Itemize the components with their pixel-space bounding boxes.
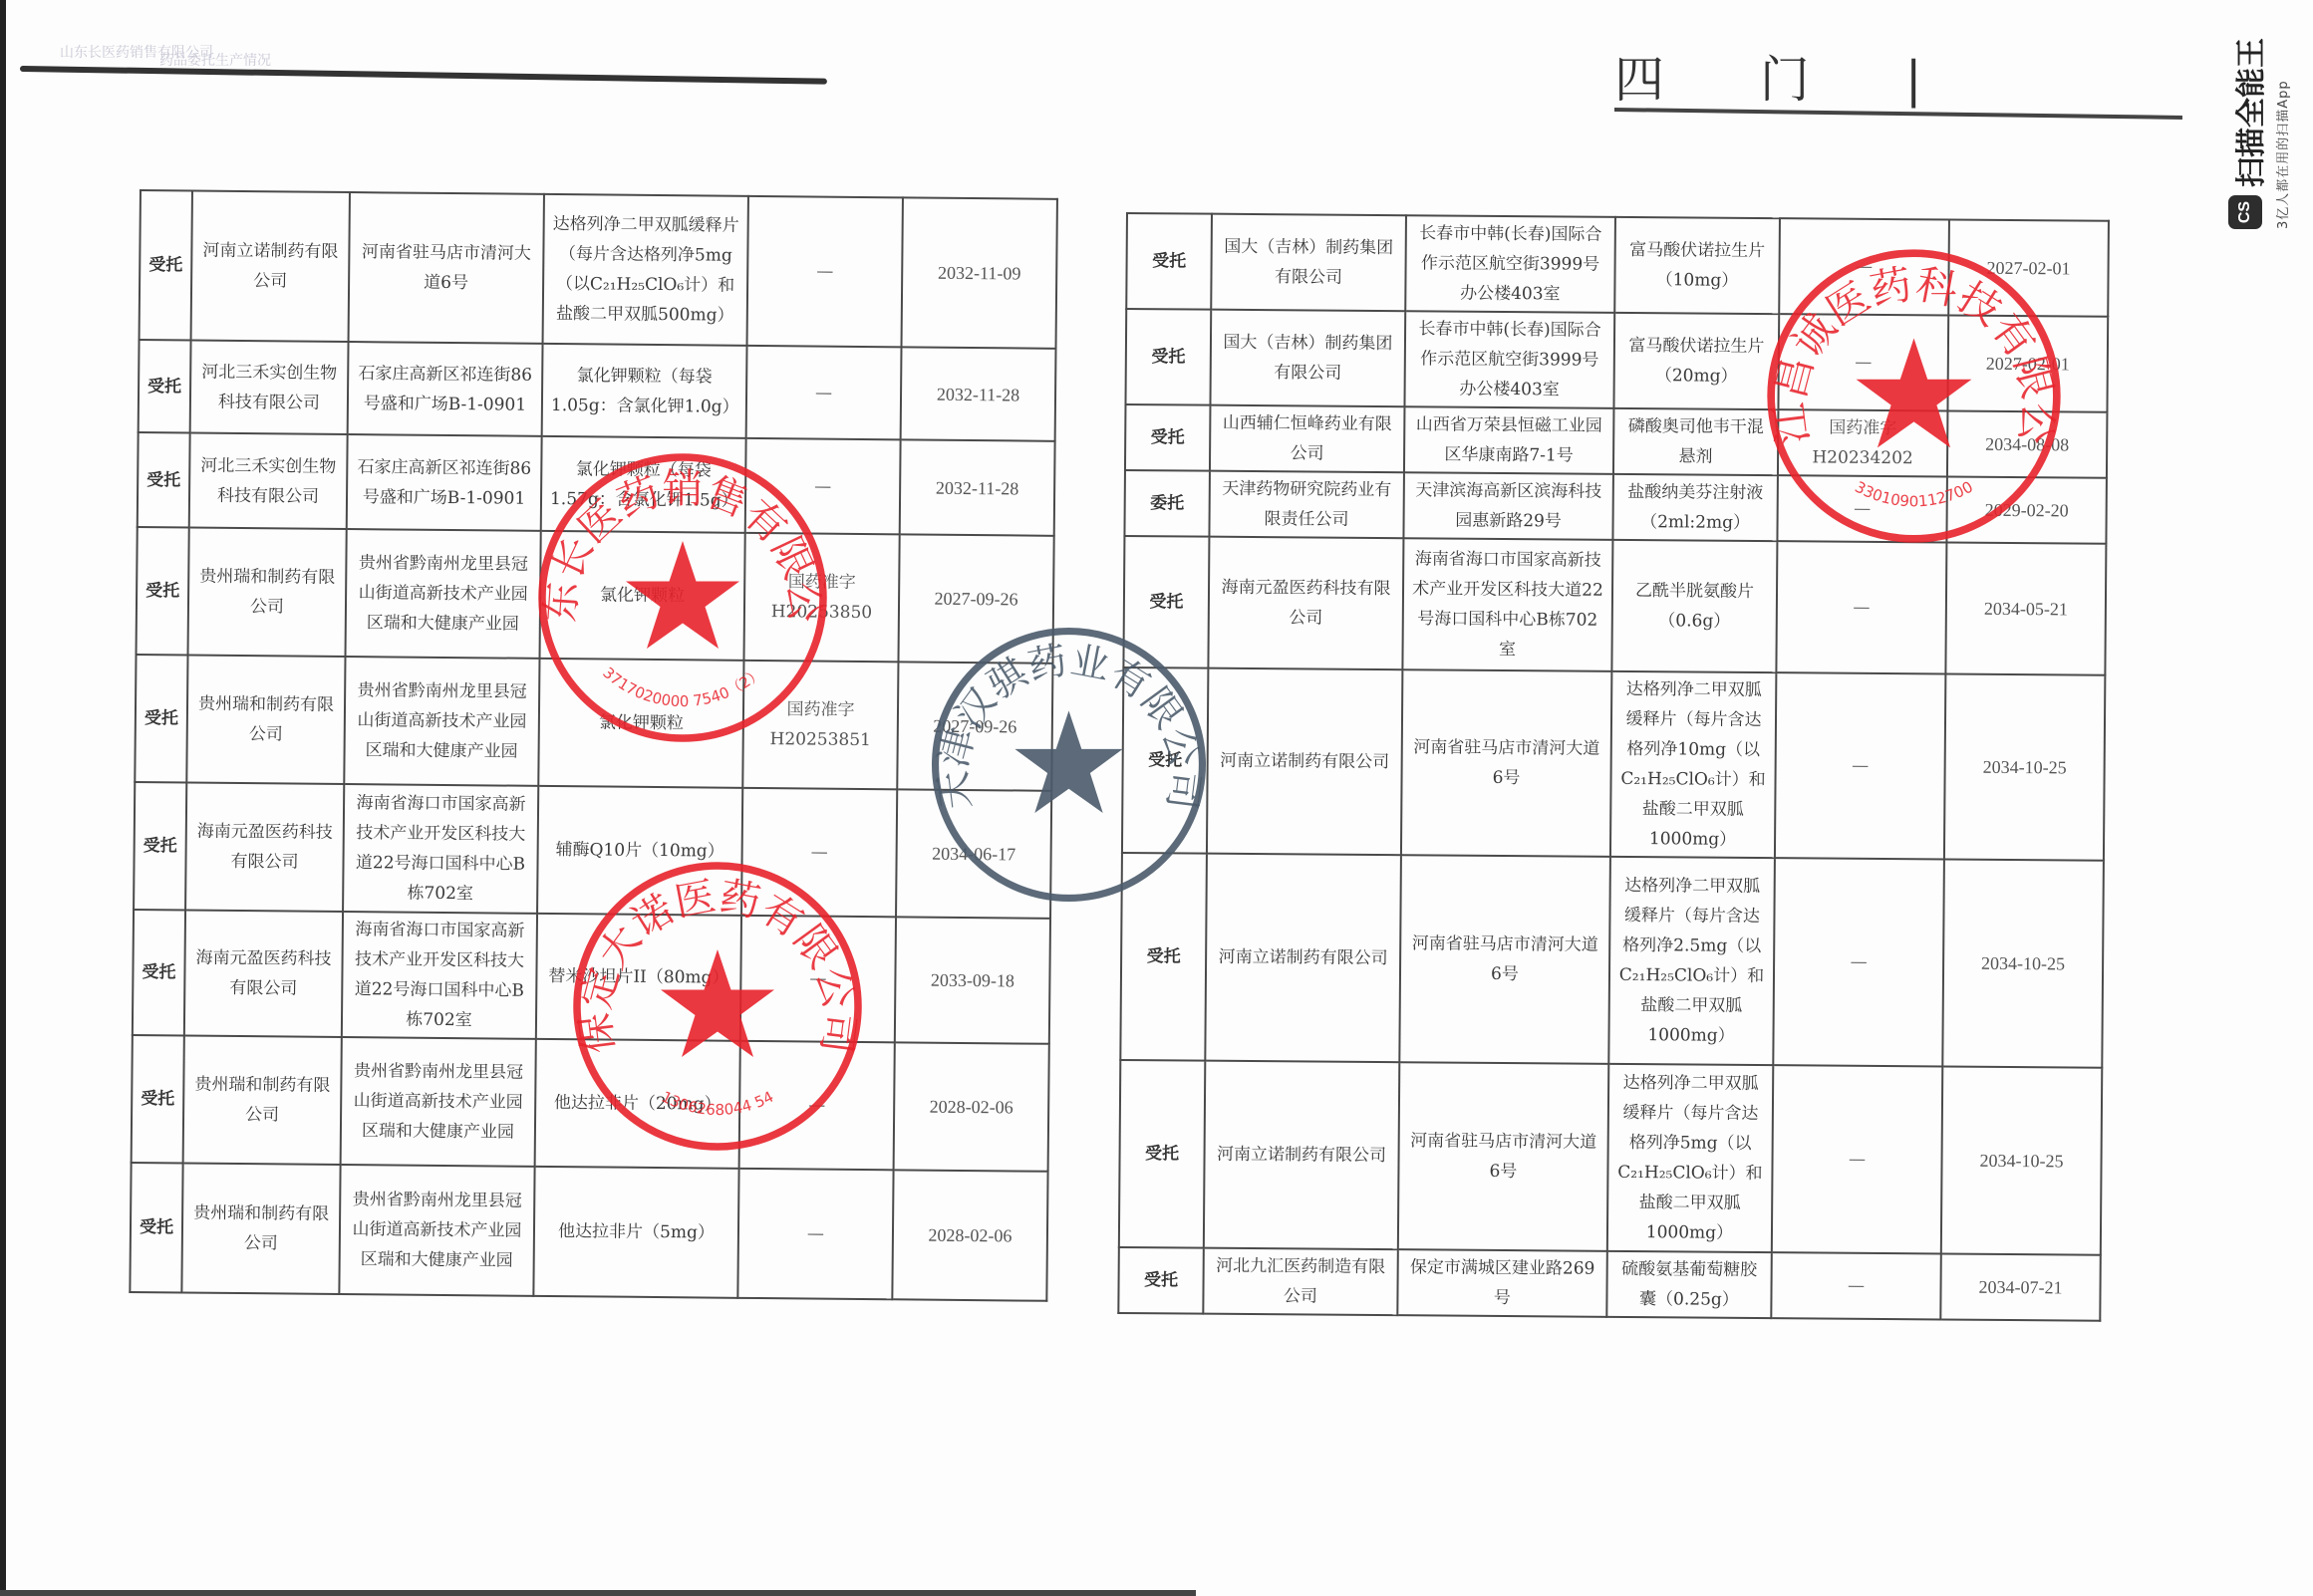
cell-address: 河南省驻马店市清河大道6号 — [1399, 855, 1610, 1064]
camscanner-logo-icon: CS — [2228, 195, 2262, 229]
cell-approval: — — [1777, 475, 1947, 542]
cell-address: 贵州省黔南州龙里县冠山街道高新技术产业园区瑞和大健康产业园 — [344, 657, 539, 786]
cell-company: 河北三禾实创生物科技有限公司 — [190, 341, 349, 435]
cell-product: 氯化钾颗粒（每袋1.05g：含氯化钾1.0g） — [542, 344, 747, 438]
cell-type: 受托 — [139, 340, 191, 432]
scan-edge — [0, 0, 6, 1596]
right-table: 受托国大（吉林）制药集团有限公司长春市中韩(长春)国际合作示范区航空街3999号… — [1117, 212, 2108, 1322]
cell-product: 达格列净二甲双胍缓释片（每片含达格列净5mg（以C₂₁H₂₅ClO₆计）和盐酸二… — [543, 194, 748, 346]
cell-approval: 国药准字H20253850 — [743, 533, 899, 662]
table-row: 受托贵州瑞和制药有限公司贵州省黔南州龙里县冠山街道高新技术产业园区瑞和大健康产业… — [137, 527, 1054, 664]
cell-approval: — — [1778, 314, 1948, 410]
cell-expiry: 2034-10-25 — [1942, 859, 2104, 1067]
cell-company: 河北三禾实创生物科技有限公司 — [189, 432, 348, 529]
table-row: 受托河南立诺制药有限公司河南省驻马店市清河大道6号达格列净二甲双胍缓释片（每片含… — [1122, 667, 2105, 861]
cell-approval: 国药准字H20253851 — [742, 661, 898, 789]
cell-type: 受托 — [1125, 404, 1211, 471]
cell-type: 受托 — [132, 1035, 184, 1163]
cell-approval: — — [745, 438, 901, 534]
cell-approval: — — [1779, 218, 1949, 315]
cell-type: 受托 — [140, 190, 192, 340]
cell-company: 天津药物研究院药业有限责任公司 — [1209, 471, 1404, 539]
cell-approval: — — [741, 788, 897, 917]
cell-product: 盐酸纳美芬注射液（2ml:2mg） — [1612, 474, 1778, 541]
cell-type: 受托 — [137, 527, 189, 655]
cell-address: 河南省驻马店市清河大道6号 — [1398, 1062, 1608, 1251]
cell-product: 富马酸伏诺拉生片（10mg） — [1614, 217, 1780, 314]
table-row: 受托河南立诺制药有限公司河南省驻马店市清河大道6号达格列净二甲双胍缓释片（每片含… — [140, 190, 1057, 349]
cell-approval: — — [1771, 1252, 1941, 1319]
cell-company: 贵州瑞和制药有限公司 — [183, 1035, 342, 1165]
table-row: 受托海南元盈医药科技有限公司海南省海口市国家高新技术产业开发区科技大道22号海口… — [134, 782, 1051, 919]
cell-company: 河南立诺制药有限公司 — [1204, 1061, 1399, 1250]
header-rule-left — [20, 66, 827, 85]
cell-address: 天津滨海高新区滨海科技园惠新路29号 — [1403, 472, 1613, 540]
cell-product: 他达拉非片（20mg） — [535, 1039, 740, 1169]
watermark-title: 扫描全能王 — [2226, 38, 2270, 187]
cell-address: 长春市中韩(长春)国际合作示范区航空街3999号办公楼403室 — [1404, 311, 1614, 408]
cell-type: 受托 — [138, 432, 190, 527]
scan-edge-bottom — [0, 1590, 1196, 1596]
partial-title: 四 门 | — [1614, 40, 1962, 112]
cell-expiry: 2029-02-20 — [1946, 476, 2107, 543]
cell-address: 长春市中韩(长春)国际合作示范区航空街3999号办公楼403室 — [1405, 215, 1615, 313]
cell-address: 石家庄高新区祁连街86号盛和广场B-1-0901 — [347, 434, 542, 531]
cell-company: 海南元盈医药科技有限公司 — [185, 782, 344, 912]
cell-product: 他达拉非片（5mg） — [533, 1167, 738, 1298]
table-row: 受托河北三禾实创生物科技有限公司石家庄高新区祁连街86号盛和广场B-1-0901… — [138, 432, 1055, 536]
cell-company: 河南立诺制药有限公司 — [191, 191, 350, 343]
cell-product: 氯化钾颗粒 — [538, 659, 743, 788]
cell-approval: — — [739, 1041, 895, 1170]
cell-type: 受托 — [1125, 309, 1211, 405]
table-row: 受托河北九汇医药制造有限公司保定市满城区建业路269号硫酸氨基葡萄糖胶囊（0.2… — [1118, 1247, 2100, 1321]
cell-approval: — — [1773, 858, 1944, 1066]
cell-approval: — — [1772, 1065, 1942, 1253]
cell-type: 受托 — [1120, 853, 1207, 1061]
cell-expiry: 2032-11-28 — [900, 439, 1055, 535]
cell-address: 保定市满城区建业路269号 — [1397, 1249, 1607, 1317]
cell-expiry: 2034-10-25 — [1944, 673, 2105, 860]
table-row: 受托国大（吉林）制药集团有限公司长春市中韩(长春)国际合作示范区航空街3999号… — [1126, 213, 2109, 317]
cell-product: 乙酰半胱氨酸片（0.6g） — [1611, 540, 1777, 672]
cell-company: 国大（吉林）制药集团有限公司 — [1211, 214, 1406, 312]
cell-product: 硫酸氨基葡萄糖胶囊（0.25g） — [1606, 1251, 1772, 1318]
cell-company: 河南立诺制药有限公司 — [1205, 854, 1401, 1063]
cell-company: 国大（吉林）制药集团有限公司 — [1210, 310, 1405, 407]
faint-header-mid: 药品委托生产情况 — [159, 50, 271, 70]
cell-address: 贵州省黔南州龙里县冠山街道高新技术产业园区瑞和大健康产业园 — [341, 1037, 536, 1167]
cell-type: 受托 — [130, 1163, 182, 1292]
cell-expiry: 2034-05-21 — [1945, 542, 2106, 674]
cell-type: 受托 — [134, 782, 186, 910]
table-row: 受托贵州瑞和制药有限公司贵州省黔南州龙里县冠山街道高新技术产业园区瑞和大健康产业… — [130, 1163, 1047, 1301]
table-row: 受托河南立诺制药有限公司河南省驻马店市清河大道6号达格列净二甲双胍缓释片（每片含… — [1120, 853, 2104, 1068]
table-row: 受托海南元盈医药科技有限公司海南省海口市国家高新技术产业开发区科技大道22号海口… — [1123, 536, 2106, 675]
cell-type: 委托 — [1124, 470, 1210, 537]
cell-company: 海南元盈医药科技有限公司 — [184, 910, 343, 1037]
table-row: 受托河北三禾实创生物科技有限公司石家庄高新区祁连街86号盛和广场B-1-0901… — [139, 340, 1056, 441]
table-row: 受托海南元盈医药科技有限公司海南省海口市国家高新技术产业开发区科技大道22号海口… — [133, 910, 1050, 1044]
cell-expiry: 2027-02-01 — [1948, 219, 2109, 316]
cell-approval: — — [1776, 541, 1946, 673]
cell-company: 河北九汇医药制造有限公司 — [1203, 1248, 1398, 1316]
cell-product: 辅酶Q10片（10mg） — [537, 786, 742, 916]
cell-product: 氯化钾颗粒（每袋1.57g：含氯化钾1.5g） — [541, 436, 746, 533]
left-table: 受托河南立诺制药有限公司河南省驻马店市清河大道6号达格列净二甲双胍缓释片（每片含… — [129, 189, 1056, 1302]
cell-company: 海南元盈医药科技有限公司 — [1208, 537, 1403, 670]
cell-product: 替米沙坦片II（80mg） — [536, 914, 741, 1041]
cell-product: 达格列净二甲双胍缓释片（每片含达格列净5mg（以C₂₁H₂₅ClO₆计）和盐酸二… — [1607, 1064, 1773, 1252]
cell-expiry: 2027-09-26 — [897, 662, 1052, 790]
camscanner-watermark: CS 扫描全能王 3亿人都在用的扫描App — [2220, 30, 2310, 229]
cell-product: 富马酸伏诺拉生片（20mg） — [1613, 313, 1779, 409]
cell-approval: 国药准字H20234202 — [1778, 409, 1948, 476]
cell-expiry: 2028-02-06 — [892, 1170, 1047, 1300]
cell-product: 磷酸奥司他韦干混悬剂 — [1613, 408, 1779, 475]
cell-company: 贵州瑞和制药有限公司 — [181, 1163, 340, 1294]
cell-expiry: 2028-02-06 — [894, 1042, 1049, 1171]
cell-expiry: 2034-08-08 — [1947, 410, 2108, 477]
cell-company: 贵州瑞和制药有限公司 — [186, 655, 345, 784]
cell-address: 山西省万荣县恒磁工业园区华康南路7-1号 — [1404, 406, 1614, 474]
cell-expiry: 2034-10-25 — [1941, 1066, 2102, 1254]
cell-product: 达格列净二甲双胍缓释片（每片含达格列净2.5mg（以C₂₁H₂₅ClO₆计）和盐… — [1608, 857, 1775, 1065]
table-row: 委托天津药物研究院药业有限责任公司天津滨海高新区滨海科技园惠新路29号盐酸纳美芬… — [1124, 470, 2106, 544]
cell-address: 石家庄高新区祁连街86号盛和广场B-1-0901 — [348, 342, 543, 436]
cell-type: 受托 — [1126, 213, 1212, 310]
cell-expiry: 2034-07-21 — [1940, 1253, 2101, 1320]
cell-address: 海南省海口市国家高新技术产业开发区科技大道22号海口国科中心B栋702室 — [343, 784, 538, 914]
cell-approval: — — [746, 346, 902, 439]
cell-product: 达格列净二甲双胍缓释片（每片含达格列净10mg（以C₂₁H₂₅ClO₆计）和盐酸… — [1610, 671, 1776, 858]
cell-address: 海南省海口市国家高新技术产业开发区科技大道22号海口国科中心B栋702室 — [1402, 538, 1612, 671]
cell-address: 海南省海口市国家高新技术产业开发区科技大道22号海口国科中心B栋702室 — [342, 912, 537, 1039]
cell-expiry: 2033-09-18 — [895, 917, 1050, 1043]
cell-address: 河南省驻马店市清河大道6号 — [1401, 669, 1611, 857]
cell-approval: — — [740, 916, 896, 1042]
cell-expiry: 2027-02-01 — [1947, 315, 2108, 411]
cell-address: 贵州省黔南州龙里县冠山街道高新技术产业园区瑞和大健康产业园 — [346, 529, 541, 659]
cell-type: 受托 — [135, 655, 187, 782]
cell-product: 氯化钾颗粒 — [539, 531, 744, 661]
cell-expiry: 2034-06-17 — [896, 789, 1051, 918]
cell-approval: — — [1775, 672, 1945, 859]
cell-approval: — — [747, 196, 903, 347]
cell-type: 受托 — [133, 910, 185, 1035]
table-row: 受托河南立诺制药有限公司河南省驻马店市清河大道6号达格列净二甲双胍缓释片（每片含… — [1119, 1060, 2102, 1255]
cell-type: 受托 — [1122, 667, 1208, 854]
cell-address: 河南省驻马店市清河大道6号 — [349, 192, 544, 344]
cell-company: 山西辅仁恒峰药业有限公司 — [1210, 405, 1405, 473]
cell-type: 受托 — [1123, 536, 1209, 668]
cell-type: 受托 — [1118, 1247, 1204, 1314]
table-row: 受托国大（吉林）制药集团有限公司长春市中韩(长春)国际合作示范区航空街3999号… — [1125, 309, 2108, 412]
cell-company: 贵州瑞和制药有限公司 — [188, 527, 347, 657]
watermark-subtitle: 3亿人都在用的扫描App — [2272, 80, 2291, 229]
cell-approval: — — [737, 1169, 893, 1299]
cell-type: 受托 — [1119, 1060, 1205, 1248]
table-row: 受托贵州瑞和制药有限公司贵州省黔南州龙里县冠山街道高新技术产业园区瑞和大健康产业… — [135, 655, 1052, 791]
cell-expiry: 2032-11-09 — [902, 197, 1057, 348]
cell-expiry: 2027-09-26 — [898, 534, 1053, 663]
cell-company: 河南立诺制药有限公司 — [1207, 668, 1402, 856]
table-row: 受托贵州瑞和制药有限公司贵州省黔南州龙里县冠山街道高新技术产业园区瑞和大健康产业… — [132, 1035, 1049, 1172]
table-row: 受托山西辅仁恒峰药业有限公司山西省万荣县恒磁工业园区华康南路7-1号磷酸奥司他韦… — [1125, 404, 2107, 478]
cell-expiry: 2032-11-28 — [901, 347, 1056, 440]
cell-address: 贵州省黔南州龙里县冠山街道高新技术产业园区瑞和大健康产业园 — [339, 1165, 534, 1296]
